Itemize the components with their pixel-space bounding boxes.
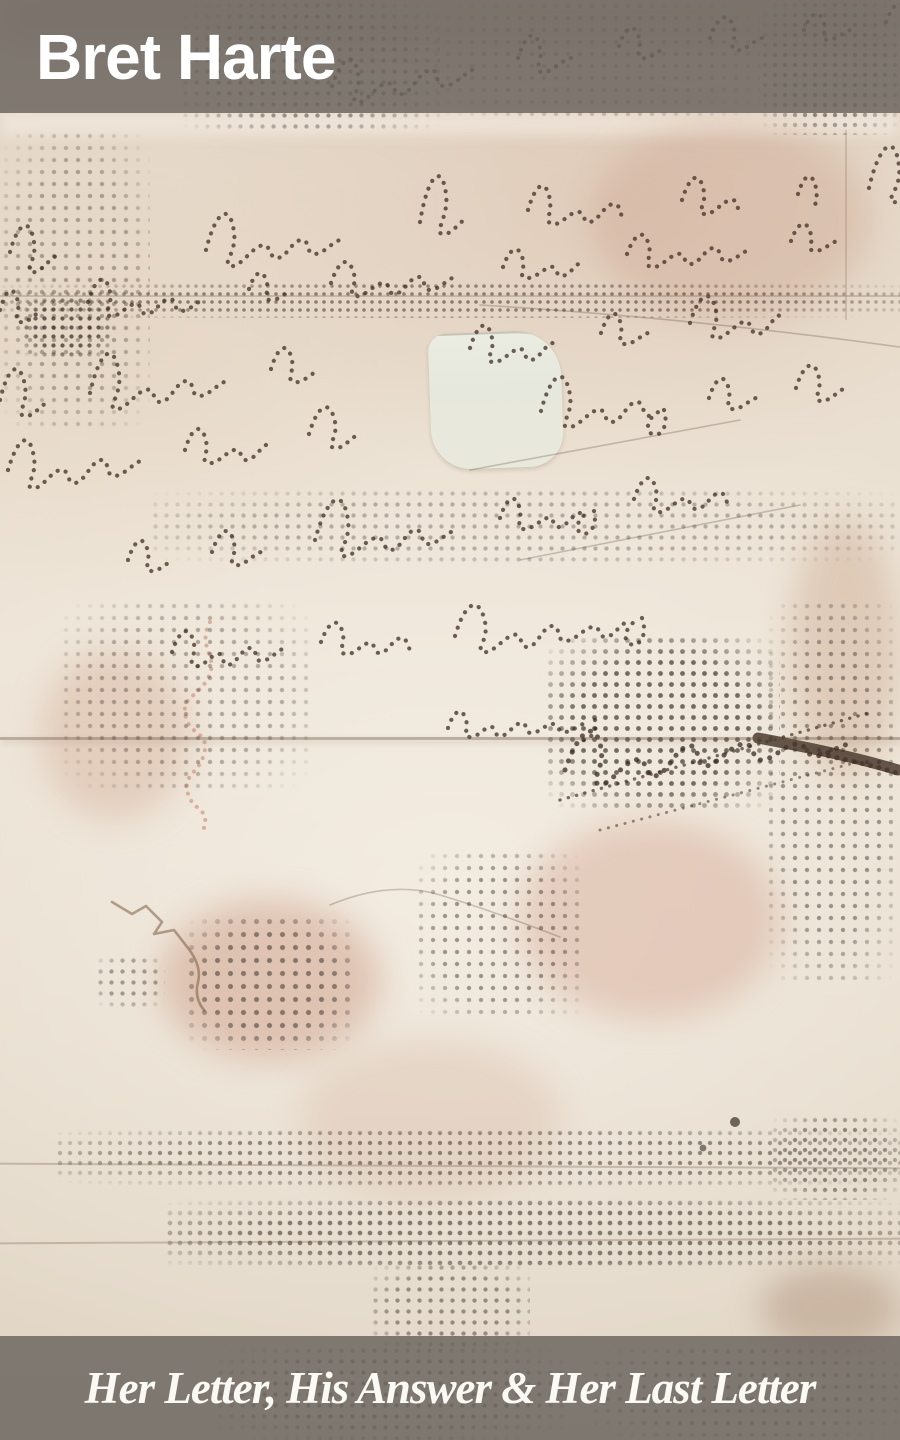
crease-line xyxy=(0,295,900,297)
halftone-patch xyxy=(150,488,900,564)
halftone-patch xyxy=(0,130,150,430)
halftone-patch xyxy=(770,1115,900,1200)
author-banner: Bret Harte xyxy=(0,0,900,113)
halftone-patch xyxy=(165,1198,900,1270)
halftone-patch xyxy=(60,600,310,790)
halftone-patch xyxy=(765,600,900,980)
halftone-patch xyxy=(0,282,900,318)
author-name: Bret Harte xyxy=(36,25,335,89)
halftone-patch xyxy=(415,850,585,1020)
book-cover: Bret Harte Her Letter, His Answer & Her … xyxy=(0,0,900,1440)
crease-line xyxy=(0,737,900,740)
crease-line xyxy=(845,130,847,320)
title-banner: Her Letter, His Answer & Her Last Letter xyxy=(0,1336,900,1440)
halftone-patch xyxy=(545,635,780,810)
halftone-patch xyxy=(95,955,165,1007)
book-title: Her Letter, His Answer & Her Last Letter xyxy=(85,1366,816,1411)
hairline xyxy=(470,420,740,470)
ink-blot xyxy=(730,1117,740,1127)
halftone-patch xyxy=(185,915,355,1050)
